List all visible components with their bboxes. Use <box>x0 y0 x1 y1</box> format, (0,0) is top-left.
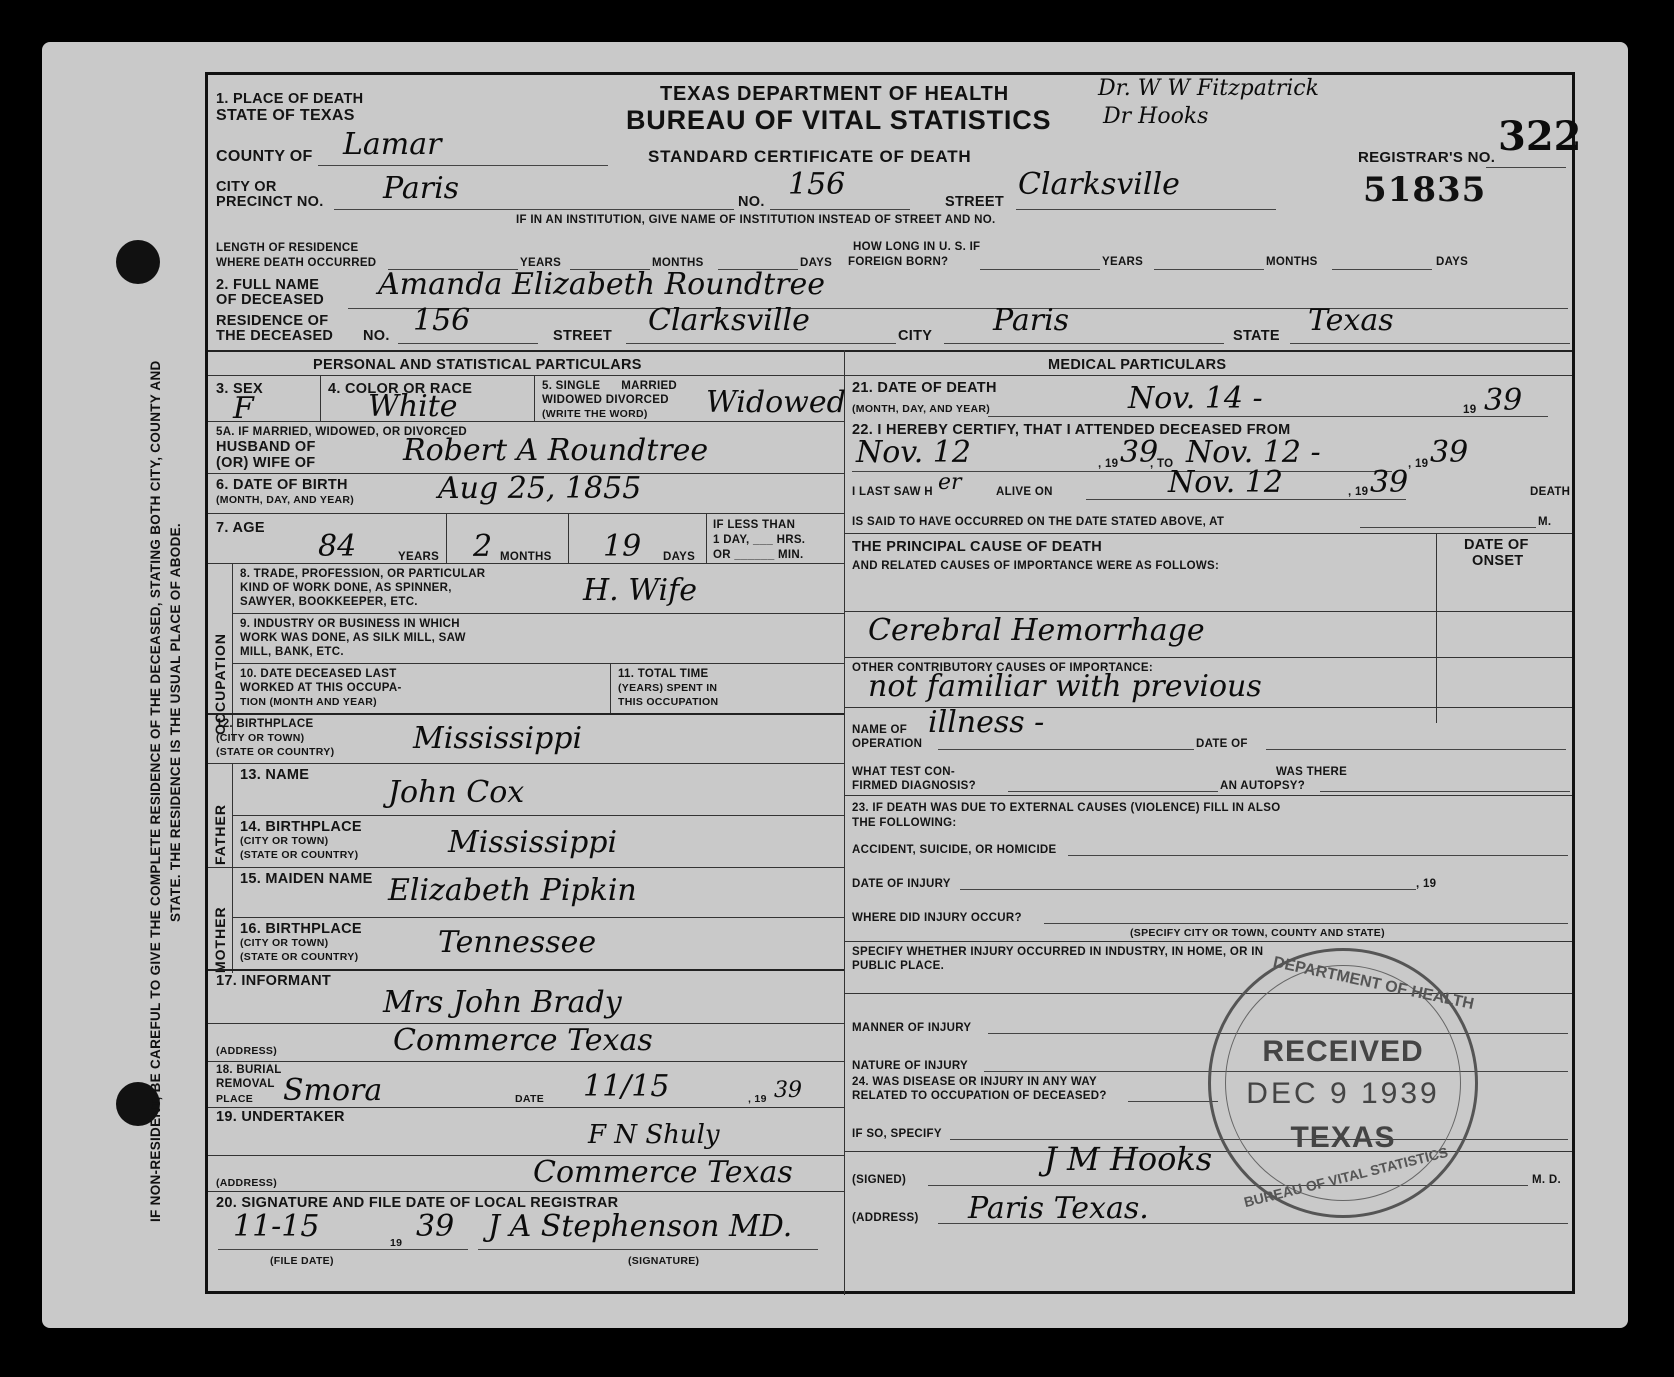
residence-street: Clarksville <box>648 305 810 337</box>
house-number: 156 <box>788 169 845 201</box>
father-name-label: 13. NAME <box>240 767 309 783</box>
us-years-label: YEARS <box>1102 255 1143 269</box>
informant-name: Mrs John Brady <box>383 987 622 1019</box>
county-value: Lamar <box>343 129 441 161</box>
md-label: M. D. <box>1532 1173 1561 1187</box>
residence-city-label: CITY <box>898 328 932 344</box>
operation-label1: NAME OF <box>852 723 907 737</box>
physician-signature: J M Hooks <box>1044 1143 1212 1175</box>
side-note-line1: IF NON-RESIDENT, BE CAREFUL TO GIVE THE … <box>148 360 163 1222</box>
onset-label1: DATE OF <box>1464 537 1529 553</box>
undertaker-label: 19. UNDERTAKER <box>216 1109 345 1125</box>
dob-label2: (MONTH, DAY, AND YEAR) <box>216 494 354 507</box>
attended-from: Nov. 12 <box>856 437 971 469</box>
us-label2: FOREIGN BORN? <box>848 255 948 269</box>
marital-status: Widowed <box>706 387 846 419</box>
last-saw-pronoun: er <box>938 471 962 495</box>
last-worked-label1: 10. DATE DECEASED LAST <box>240 667 397 681</box>
institution-note: IF IN AN INSTITUTION, GIVE NAME OF INSTI… <box>516 213 995 227</box>
registrar-no-label: REGISTRAR'S NO. <box>1358 150 1495 166</box>
principal-cause: Cerebral Hemorrhage <box>868 615 1205 647</box>
age-months: 2 <box>473 531 492 563</box>
last-worked-label2: WORKED AT THIS OCCUPA- <box>240 681 402 695</box>
test-label1: WHAT TEST CON- <box>852 765 955 779</box>
registrar-no: 322 <box>1498 121 1582 153</box>
alive-year-prefix: , 19 <box>1348 485 1368 499</box>
mother-birthplace-label3: (STATE OR COUNTRY) <box>240 951 358 964</box>
age-label: 7. AGE <box>216 520 265 536</box>
stamp-date: DEC 9 1939 <box>1211 1077 1475 1111</box>
physician-address-label: (ADDRESS) <box>852 1211 919 1225</box>
residence-city: Paris <box>993 305 1069 337</box>
registrar-signature: J A Stephenson MD. <box>488 1211 792 1243</box>
burial-date-label: DATE <box>515 1093 544 1106</box>
age-days-label: DAYS <box>663 550 695 564</box>
dod-year: 39 <box>1484 385 1522 417</box>
state-of-texas-label: STATE OF TEXAS <box>216 108 355 124</box>
death-label: DEATH <box>1530 485 1570 499</box>
cause-label1: THE PRINCIPAL CAUSE OF DEATH <box>852 539 1102 555</box>
informant-label: 17. INFORMANT <box>216 973 331 989</box>
file-number: 51835 <box>1363 170 1486 210</box>
residence-no-label: NO. <box>363 328 390 344</box>
alive-on-label: ALIVE ON <box>996 485 1053 499</box>
us-days-label: DAYS <box>1436 255 1468 269</box>
bureau-title: BUREAU OF VITAL STATISTICS <box>626 105 1051 136</box>
external-label2: THE FOLLOWING: <box>852 816 957 830</box>
father-birthplace: Mississippi <box>448 827 617 859</box>
age-years: 84 <box>318 531 356 563</box>
external-label1: 23. IF DEATH WAS DUE TO EXTERNAL CAUSES … <box>852 801 1280 815</box>
date-of-label: DATE OF <box>1196 737 1248 751</box>
residence-state: Texas <box>1308 305 1394 337</box>
residence-street-label: STREET <box>553 328 612 344</box>
certificate-title: STANDARD CERTIFICATE OF DEATH <box>648 147 972 167</box>
total-time-label3: THIS OCCUPATION <box>618 696 718 709</box>
other-causes: not familiar with previous <box>868 671 1262 703</box>
annotation-hooks: Dr Hooks <box>1103 105 1208 129</box>
file-date-year: 39 <box>416 1211 454 1243</box>
mother-maiden-name: Elizabeth Pipkin <box>388 875 637 907</box>
accident-label: ACCIDENT, SUICIDE, OR HOMICIDE <box>852 843 1057 857</box>
date-of-death: Nov. 14 - <box>1128 383 1263 415</box>
mother-birthplace-label1: 16. BIRTHPLACE <box>240 921 362 937</box>
trade-label1: 8. TRADE, PROFESSION, OR PARTICULAR <box>240 567 485 581</box>
to-year-prefix: , 19 <box>1408 457 1428 471</box>
received-stamp: DEPARTMENT OF HEALTH RECEIVED DEC 9 1939… <box>1208 948 1478 1218</box>
occupation-related-label1: 24. WAS DISEASE OR INJURY IN ANY WAY <box>852 1075 1097 1089</box>
total-time-label1: 11. TOTAL TIME <box>618 667 708 681</box>
where-injury-label: WHERE DID INJURY OCCUR? <box>852 911 1022 925</box>
burial-label1: 18. BURIAL <box>216 1063 282 1077</box>
trade-label2: KIND OF WORK DONE, AS SPINNER, <box>240 581 452 595</box>
file-date-label: (FILE DATE) <box>270 1255 334 1268</box>
nature-label: NATURE OF INJURY <box>852 1059 968 1073</box>
undertaker-address-label: (ADDRESS) <box>216 1177 277 1190</box>
trade-label3: SAWYER, BOOKKEEPER, ETC. <box>240 595 418 609</box>
street-label: STREET <box>945 194 1004 210</box>
age-years-label: YEARS <box>398 550 439 564</box>
length-residence-label2: WHERE DEATH OCCURRED <box>216 256 376 270</box>
stamp-received: RECEIVED <box>1211 1035 1475 1069</box>
side-instruction: IF NON-RESIDENT, BE CAREFUL TO GIVE THE … <box>148 72 196 1222</box>
burial-year: 39 <box>774 1079 802 1103</box>
file-date: 11-15 <box>233 1211 319 1243</box>
manner-label: MANNER OF INJURY <box>852 1021 971 1035</box>
mother-birthplace-label2: (CITY OR TOWN) <box>240 937 328 950</box>
county-label: COUNTY OF <box>216 149 313 165</box>
industry-label2: WORK WAS DONE, AS SILK MILL, SAW <box>240 631 466 645</box>
alive-year: 39 <box>1370 467 1408 499</box>
death-certificate-form: 1. PLACE OF DEATH STATE OF TEXAS TEXAS D… <box>205 72 1575 1294</box>
where-injury-note: (SPECIFY CITY OR TOWN, COUNTY AND STATE) <box>1130 927 1385 940</box>
marital-label2: WIDOWED DIVORCED <box>542 393 669 407</box>
spouse-label2: HUSBAND OF <box>216 439 316 455</box>
us-label1: HOW LONG IN U. S. IF <box>853 240 980 254</box>
dob-label1: 6. DATE OF BIRTH <box>216 477 348 493</box>
physician-address: Paris Texas. <box>968 1193 1149 1225</box>
from-year-prefix: , 19 <box>1098 457 1118 471</box>
specify-label1: SPECIFY WHETHER INJURY OCCURRED IN INDUS… <box>852 945 1263 959</box>
city-label2: PRECINCT NO. <box>216 194 324 210</box>
to-year: 39 <box>1430 437 1468 469</box>
place-of-death-label: 1. PLACE OF DEATH <box>216 91 363 107</box>
medical-section-title: MEDICAL PARTICULARS <box>1048 357 1226 373</box>
burial-label3: PLACE <box>216 1093 253 1106</box>
occupation-related-label2: RELATED TO OCCUPATION OF DECEASED? <box>852 1089 1107 1103</box>
race-value: White <box>368 391 458 423</box>
dod-year-prefix: 19 <box>1463 403 1476 417</box>
operation-label2: OPERATION <box>852 737 922 751</box>
deceased-name: Amanda Elizabeth Roundtree <box>378 269 825 301</box>
father-birthplace-label1: 14. BIRTHPLACE <box>240 819 362 835</box>
m-label: M. <box>1538 515 1551 529</box>
specify-label2: PUBLIC PLACE. <box>852 959 944 973</box>
residence-label1: RESIDENCE OF <box>216 313 328 329</box>
industry-label3: MILL, BANK, ETC. <box>240 645 344 659</box>
dod-label1: 21. DATE OF DEATH <box>852 380 997 396</box>
alive-on-date: Nov. 12 <box>1168 467 1283 499</box>
injury-date-label: DATE OF INJURY <box>852 877 951 891</box>
marital-label3: (WRITE THE WORD) <box>542 408 648 421</box>
signature-label: (SIGNATURE) <box>628 1255 699 1268</box>
annotation-physician: Dr. W W Fitzpatrick <box>1098 77 1319 101</box>
birthplace-value: Mississippi <box>413 723 582 755</box>
operation-note: illness - <box>928 707 1044 739</box>
dod-label2: (MONTH, DAY, AND YEAR) <box>852 403 990 416</box>
birthplace-label3: (STATE OR COUNTRY) <box>216 746 334 759</box>
residence-no: 156 <box>413 305 470 337</box>
mother-birthplace: Tennessee <box>438 927 596 959</box>
father-tab: FATHER <box>212 804 228 865</box>
residence-label2: THE DECEASED <box>216 328 333 344</box>
informant-address-label: (ADDRESS) <box>216 1045 277 1058</box>
father-birthplace-label2: (CITY OR TOWN) <box>240 835 328 848</box>
last-worked-label3: TION (MONTH AND YEAR) <box>240 696 377 709</box>
full-name-label1: 2. FULL NAME <box>216 277 319 293</box>
age-days: 19 <box>603 531 641 563</box>
street-value: Clarksville <box>1018 169 1180 201</box>
occurred-label: IS SAID TO HAVE OCCURRED ON THE DATE STA… <box>852 515 1224 529</box>
less-than-label1: IF LESS THAN <box>713 518 795 532</box>
dept-title: TEXAS DEPARTMENT OF HEALTH <box>660 83 1009 106</box>
less-than-label2: 1 DAY, ___ HRS. <box>713 533 805 547</box>
burial-label2: REMOVAL <box>216 1077 275 1091</box>
city-label1: CITY OR <box>216 179 277 195</box>
residence-state-label: STATE <box>1233 328 1280 344</box>
city-value: Paris <box>383 173 459 205</box>
cause-label2: AND RELATED CAUSES OF IMPORTANCE WERE AS… <box>852 559 1219 573</box>
column-divider <box>844 350 845 1295</box>
mother-name-label: 15. MAIDEN NAME <box>240 871 373 887</box>
father-name: John Cox <box>388 777 524 809</box>
side-note-line2: STATE. THE RESIDENCE IS THE USUAL PLACE … <box>168 523 183 922</box>
autopsy-label1: WAS THERE <box>1276 765 1347 779</box>
father-birthplace-label3: (STATE OR COUNTRY) <box>240 849 358 862</box>
spouse-name: Robert A Roundtree <box>403 435 708 467</box>
burial-year-prefix: , 19 <box>748 1093 767 1106</box>
length-residence-label1: LENGTH OF RESIDENCE <box>216 241 358 255</box>
industry-label1: 9. INDUSTRY OR BUSINESS IN WHICH <box>240 617 460 631</box>
date-of-birth: Aug 25, 1855 <box>438 473 641 505</box>
spouse-label3: (OR) WIFE OF <box>216 455 315 471</box>
burial-place: Smora <box>283 1075 382 1107</box>
birthplace-label1: 12. BIRTHPLACE <box>216 717 314 731</box>
injury-date-year-prefix: , 19 <box>1416 877 1436 891</box>
less-than-label3: OR ______ MIN. <box>713 548 804 562</box>
test-label2: FIRMED DIAGNOSIS? <box>852 779 976 793</box>
onset-label2: ONSET <box>1472 553 1523 569</box>
burial-date: 11/15 <box>583 1071 669 1103</box>
full-name-label2: OF DECEASED <box>216 292 324 308</box>
trade-value: H. Wife <box>583 575 697 607</box>
age-months-label: MONTHS <box>500 550 552 564</box>
total-time-label2: (YEARS) SPENT IN <box>618 682 717 695</box>
personal-section-title: PERSONAL AND STATISTICAL PARTICULARS <box>313 357 642 373</box>
no-label: NO. <box>738 194 765 210</box>
if-so-label: IF SO, SPECIFY <box>852 1127 942 1141</box>
us-months-label: MONTHS <box>1266 255 1318 269</box>
undertaker-name: F N Shuly <box>588 1119 720 1151</box>
marital-label1: 5. SINGLE MARRIED <box>542 379 677 393</box>
autopsy-label2: AN AUTOPSY? <box>1220 779 1305 793</box>
mother-tab: MOTHER <box>212 906 228 973</box>
informant-address: Commerce Texas <box>393 1025 653 1057</box>
undertaker-address: Commerce Texas <box>533 1157 793 1189</box>
signed-label: (SIGNED) <box>852 1173 906 1187</box>
last-saw-label: I LAST SAW H <box>852 485 933 499</box>
birthplace-label2: (CITY OR TOWN) <box>216 732 304 745</box>
